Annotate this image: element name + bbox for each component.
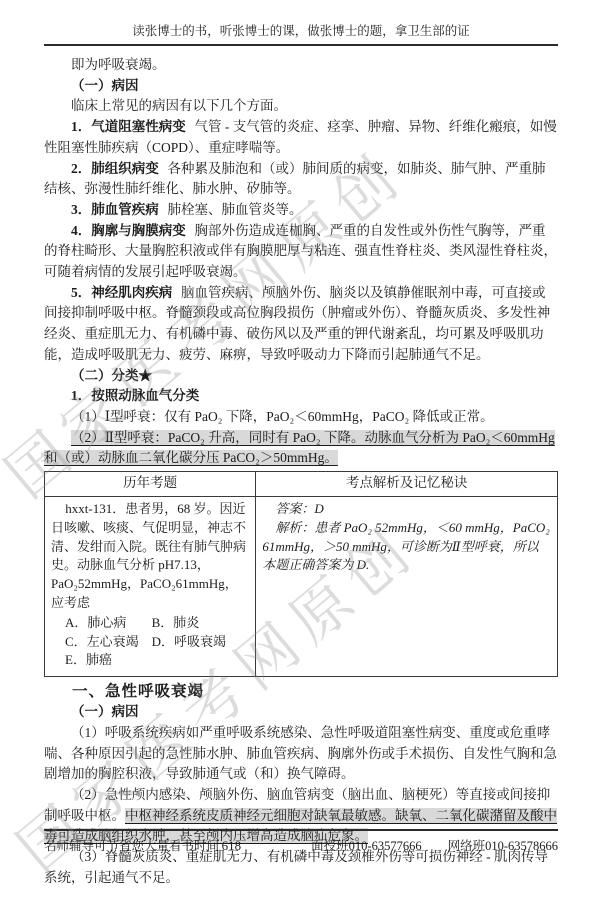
- intro-paragraph: 即为呼吸衰竭。: [44, 55, 558, 76]
- question-stem: hxxt-131．患者男，68 岁。因近日咳嗽、咳痰、气促明显，神志不清、发绀而…: [51, 500, 249, 613]
- acute-etiology-heading: （一）病因: [44, 702, 558, 723]
- option-d: D．呼吸衰竭: [152, 633, 250, 652]
- option-e: E．肺癌: [65, 651, 152, 670]
- etiology-lead: 临床上常见的病因有以下几个方面。: [44, 96, 558, 117]
- etiology-item-4-term: 4．胸廓与胸膜病变: [71, 223, 186, 238]
- exam-table-col2-header: 考点解析及记忆秘诀: [256, 472, 558, 497]
- etiology-item-5: 5．神经肌肉疾病脑血管疾病、颅脑外伤、脑炎以及镇静催眠剂中毒，可直接或间接抑制呼…: [44, 283, 558, 366]
- online-class-phone: 网络班010-63578666: [448, 836, 558, 854]
- classification-subheading: 1．按照动脉血气分类: [44, 386, 558, 407]
- classification-heading: （二）分类★: [44, 366, 558, 387]
- question-cell: hxxt-131．患者男，68 岁。因近日咳嗽、咳痰、气促明显，神志不清、发绀而…: [45, 497, 256, 677]
- page-footer: 名师辅导可节省您大量看书时间 618 面授班010-63577666 网络班01…: [44, 829, 558, 854]
- exam-table-col1-header: 历年考题: [45, 472, 256, 497]
- acute-section-heading: 一、急性呼吸衰竭: [44, 682, 558, 702]
- page-content: 读张博士的书，听张博士的课，做张博士的题，拿卫生部的证 即为呼吸衰竭。 （一）病…: [44, 0, 558, 889]
- footer-phones: 面授班010-63577666 网络班010-63578666: [311, 836, 558, 854]
- etiology-item-1: 1．气道阻塞性病变气管 - 支气管的炎症、痉挛、肿瘤、异物、纤维化瘢痕，如慢性阻…: [44, 117, 558, 158]
- exam-table-content-row: hxxt-131．患者男，68 岁。因近日咳嗽、咳痰、气促明显，神志不清、发绀而…: [45, 497, 558, 677]
- classification-type1: （1）Ⅰ型呼衰：仅有 PaO₂ 下降，PaO₂＜60mmHg，PaCO₂ 降低或…: [44, 407, 558, 428]
- exam-table-header-row: 历年考题 考点解析及记忆秘诀: [45, 472, 558, 497]
- etiology-item-1-term: 1．气道阻塞性病变: [71, 119, 186, 134]
- etiology-heading: （一）病因: [44, 76, 558, 97]
- etiology-item-3-desc: 肺栓塞、肺血管炎等。: [168, 202, 303, 217]
- option-c: C．左心衰竭: [65, 633, 152, 652]
- etiology-item-4: 4．胸廓与胸膜病变胸部外伤造成连枷胸、严重的自发性或外伤性气胸等，严重的脊柱畸形…: [44, 221, 558, 283]
- analysis-paragraph: 解析：患者 PaO₂ 52mmHg，＜60 mmHg，PaCO₂ 61mmHg，…: [262, 519, 551, 575]
- textbook-page: 读张博士的书，听张博士的课，做张博士的题，拿卫生部的证 即为呼吸衰竭。 （一）病…: [0, 0, 600, 912]
- option-b: B．肺炎: [152, 614, 250, 633]
- etiology-item-2-term: 2．肺组织病变: [71, 161, 159, 176]
- etiology-item-5-term: 5．神经肌肉疾病: [71, 285, 172, 300]
- classification-type2: （2）Ⅱ型呼衰：PaCO₂ 升高，同时有 PaO₂ 下降。动脉血气分析为 PaO…: [44, 428, 558, 469]
- question-options: A．肺心病 B．肺炎 C．左心衰竭 D．呼吸衰竭 E．肺癌: [51, 614, 249, 670]
- page-number: 618: [222, 838, 242, 854]
- acute-cause-1: （1）呼吸系统疾病如严重呼吸系统感染、急性呼吸道阻塞性病变、重度或危重哮喘、各种…: [44, 723, 558, 785]
- option-a: A．肺心病: [65, 614, 152, 633]
- analysis-cell: 答案：D 解析：患者 PaO₂ 52mmHg，＜60 mmHg，PaCO₂ 61…: [256, 497, 558, 677]
- footer-tagline: 名师辅导可节省您大量看书时间: [44, 836, 222, 854]
- answer-line: 答案：D: [262, 500, 551, 519]
- onsite-class-phone: 面授班010-63577666: [311, 836, 421, 854]
- classification-type2-highlight: （2）Ⅱ型呼衰：PaCO₂ 升高，同时有 PaO₂ 下降。动脉血气分析为 PaO…: [44, 430, 555, 466]
- header-slogan: 读张博士的书，听张博士的课，做张博士的题，拿卫生部的证: [44, 0, 558, 39]
- etiology-item-3: 3．肺血管疾病肺栓塞、肺血管炎等。: [44, 200, 558, 221]
- body-text: 即为呼吸衰竭。 （一）病因 临床上常见的病因有以下几个方面。 1．气道阻塞性病变…: [44, 55, 558, 889]
- etiology-item-2: 2．肺组织病变各种累及肺泡和（或）肺间质的病变，如肺炎、肺气肿、严重肺结核、弥漫…: [44, 159, 558, 200]
- exam-question-table: 历年考题 考点解析及记忆秘诀 hxxt-131．患者男，68 岁。因近日咳嗽、咳…: [44, 471, 558, 677]
- header-rule: [44, 44, 558, 46]
- etiology-item-3-term: 3．肺血管疾病: [71, 202, 159, 217]
